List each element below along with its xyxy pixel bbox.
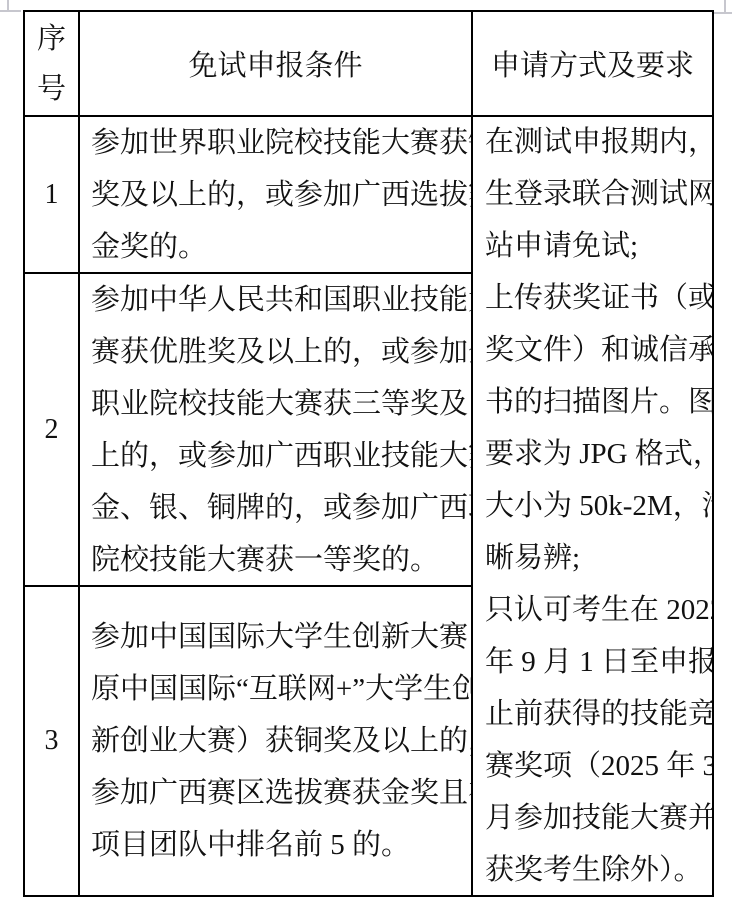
method-text-line: 上传获奖证书（或颁 <box>485 272 705 324</box>
serial-number-text: 1 <box>45 179 59 211</box>
header-serial-line: 号 <box>37 64 66 114</box>
method-text-line: 获奖考生除外）。 <box>485 844 705 895</box>
condition-text-line: 新创业大赛）获铜奖及以上的，或 <box>91 715 460 767</box>
screenshot-edge-artifact <box>714 12 732 14</box>
method-text-line: 年 9 月 1 日至申报截 <box>485 636 705 688</box>
condition-text-line: 项目团队中排名前 5 的。 <box>91 819 460 871</box>
method-text-line: 止前获得的技能竞 <box>485 688 705 740</box>
header-cell-application-method: 申请方式及要求 <box>473 12 712 115</box>
method-text-line: 在测试申报期内，考 <box>485 117 705 168</box>
header-cell-serial-number: 序 号 <box>25 12 78 115</box>
method-text-line: 要求为 JPG 格式， <box>485 428 705 480</box>
method-text-line: 站申请免试; <box>485 220 705 272</box>
serial-number-text: 2 <box>45 414 59 446</box>
header-serial-line: 序 <box>37 14 66 64</box>
header-cell-exemption-conditions: 免试申报条件 <box>80 12 471 115</box>
condition-text-line: 参加世界职业院校技能大赛获铜 <box>91 117 460 169</box>
serial-number-text: 3 <box>45 725 59 757</box>
header-conditions-label: 免试申报条件 <box>188 43 362 84</box>
condition-text-line: 赛获优胜奖及以上的，或参加全国 <box>91 326 460 378</box>
row-2-serial-number: 2 <box>25 274 78 585</box>
condition-text-line: 职业院校技能大赛获三等奖及以 <box>91 378 460 430</box>
condition-text-line: 参加中国国际大学生创新大赛（含 <box>91 611 460 663</box>
exemption-application-table: 序 号 免试申报条件 申请方式及要求 在测试申报期内，考 生登录联合测试网 站申… <box>23 10 714 897</box>
method-text-line: 只认可考生在 2022 <box>485 584 705 636</box>
condition-text-line: 奖及以上的，或参加广西选拔赛获 <box>91 169 460 221</box>
application-method-cell: 在测试申报期内，考 生登录联合测试网 站申请免试; 上传获奖证书（或颁 奖文件）… <box>473 117 712 895</box>
method-text-line: 月参加技能大赛并 <box>485 792 705 844</box>
condition-text-line: 参加广西赛区选拔赛获金奖且在 <box>91 767 460 819</box>
method-text-line: 生登录联合测试网 <box>485 168 705 220</box>
condition-text-line: 上的，或参加广西职业技能大赛获 <box>91 430 460 482</box>
condition-text-line: 参加中华人民共和国职业技能大 <box>91 274 460 326</box>
method-text-line: 奖文件）和诚信承诺 <box>485 324 705 376</box>
method-text-line: 晰易辨; <box>485 532 705 584</box>
method-text-line: 大小为 50k-2M，清 <box>485 480 705 532</box>
condition-text-line: 院校技能大赛获一等奖的。 <box>91 534 460 586</box>
row-3-serial-number: 3 <box>25 587 78 895</box>
condition-text-line: 原中国国际“互联网+”大学生创 <box>91 663 460 715</box>
row-1-serial-number: 1 <box>25 117 78 272</box>
condition-text-line: 金、银、铜牌的，或参加广西职业 <box>91 482 460 534</box>
document-page: { "page": { "background": "#ffffff", "bo… <box>0 0 732 910</box>
header-method-label: 申请方式及要求 <box>491 43 694 84</box>
method-text-line: 赛奖项（2025 年 3 <box>485 740 705 792</box>
row-1-conditions-cell: 参加世界职业院校技能大赛获铜 奖及以上的，或参加广西选拔赛获 金奖的。 <box>80 117 471 272</box>
condition-text-line: 金奖的。 <box>91 221 460 273</box>
row-2-conditions-cell: 参加中华人民共和国职业技能大 赛获优胜奖及以上的，或参加全国 职业院校技能大赛获… <box>80 274 471 585</box>
row-3-conditions-cell: 参加中国国际大学生创新大赛（含 原中国国际“互联网+”大学生创 新创业大赛）获铜… <box>80 587 471 895</box>
method-text-line: 书的扫描图片。图片 <box>485 376 705 428</box>
screenshot-edge-artifact <box>0 10 21 12</box>
